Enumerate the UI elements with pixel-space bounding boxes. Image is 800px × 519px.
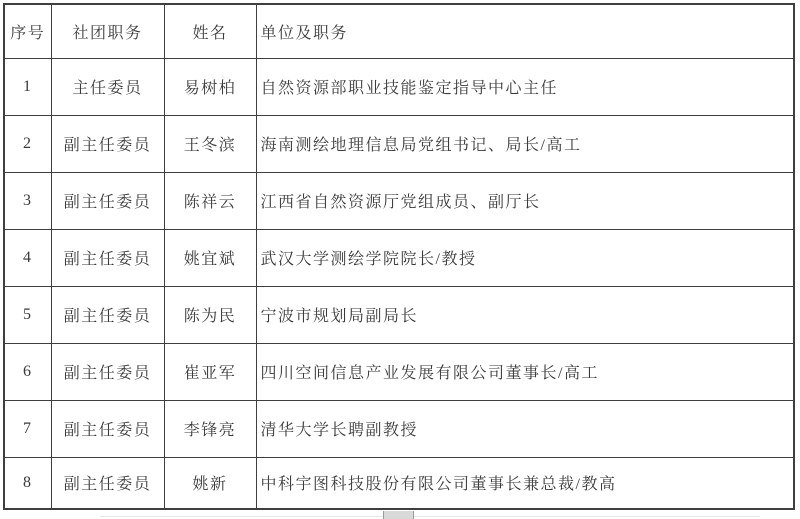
- table-row: 3 副主任委员 陈祥云 江西省自然资源厅党组成员、副厅长: [4, 172, 794, 229]
- cell-person-name: 李锋亮: [164, 400, 256, 457]
- cell-unit-title: 宁波市规划局副局长: [256, 286, 794, 343]
- cell-person-name: 易树柏: [164, 58, 256, 115]
- cell-serial-number: 1: [4, 58, 51, 115]
- table-body: 1 主任委员 易树柏 自然资源部职业技能鉴定指导中心主任 2 副主任委员 王冬滨…: [4, 58, 794, 509]
- header-cell-role: 社团职务: [51, 4, 164, 58]
- cell-unit-title: 自然资源部职业技能鉴定指导中心主任: [256, 58, 794, 115]
- cell-serial-number: 4: [4, 229, 51, 286]
- table-row: 7 副主任委员 李锋亮 清华大学长聘副教授: [4, 400, 794, 457]
- cell-unit-title: 清华大学长聘副教授: [256, 400, 794, 457]
- cell-person-name: 崔亚军: [164, 343, 256, 400]
- cell-society-role: 副主任委员: [51, 229, 164, 286]
- cell-society-role: 副主任委员: [51, 172, 164, 229]
- table-row: 2 副主任委员 王冬滨 海南测绘地理信息局党组书记、局长/高工: [4, 115, 794, 172]
- header-cell-name: 姓名: [164, 4, 256, 58]
- table-row: 6 副主任委员 崔亚军 四川空间信息产业发展有限公司董事长/高工: [4, 343, 794, 400]
- cell-unit-title: 江西省自然资源厅党组成员、副厅长: [256, 172, 794, 229]
- cell-society-role: 副主任委员: [51, 286, 164, 343]
- cell-serial-number: 2: [4, 115, 51, 172]
- header-cell-unit: 单位及职务: [256, 4, 794, 58]
- cell-society-role: 副主任委员: [51, 343, 164, 400]
- partial-row-cell-stub: [383, 511, 414, 519]
- cell-unit-title: 中科宇图科技股份有限公司董事长兼总裁/教高: [256, 457, 794, 509]
- document-page: 序号 社团职务 姓名 单位及职务 1 主任委员 易树柏 自然资源部职业技能鉴定指…: [0, 0, 800, 519]
- table-row: 5 副主任委员 陈为民 宁波市规划局副局长: [4, 286, 794, 343]
- cell-serial-number: 5: [4, 286, 51, 343]
- cell-person-name: 姚新: [164, 457, 256, 509]
- cell-serial-number: 3: [4, 172, 51, 229]
- cell-person-name: 陈祥云: [164, 172, 256, 229]
- partial-row-hairline: [100, 516, 760, 517]
- table-row: 8 副主任委员 姚新 中科宇图科技股份有限公司董事长兼总裁/教高: [4, 457, 794, 509]
- cell-serial-number: 7: [4, 400, 51, 457]
- cell-society-role: 副主任委员: [51, 115, 164, 172]
- table-header: 序号 社团职务 姓名 单位及职务: [4, 4, 794, 58]
- cell-serial-number: 8: [4, 457, 51, 509]
- cell-society-role: 副主任委员: [51, 457, 164, 509]
- header-row: 序号 社团职务 姓名 单位及职务: [4, 4, 794, 58]
- cell-person-name: 姚宜斌: [164, 229, 256, 286]
- committee-members-table: 序号 社团职务 姓名 单位及职务 1 主任委员 易树柏 自然资源部职业技能鉴定指…: [3, 3, 795, 510]
- cutoff-next-row: [0, 510, 800, 519]
- cell-serial-number: 6: [4, 343, 51, 400]
- cell-person-name: 王冬滨: [164, 115, 256, 172]
- cell-unit-title: 武汉大学测绘学院院长/教授: [256, 229, 794, 286]
- table-row: 4 副主任委员 姚宜斌 武汉大学测绘学院院长/教授: [4, 229, 794, 286]
- table-row: 1 主任委员 易树柏 自然资源部职业技能鉴定指导中心主任: [4, 58, 794, 115]
- cell-society-role: 主任委员: [51, 58, 164, 115]
- header-cell-no: 序号: [4, 4, 51, 58]
- cell-unit-title: 四川空间信息产业发展有限公司董事长/高工: [256, 343, 794, 400]
- cell-society-role: 副主任委员: [51, 400, 164, 457]
- cell-unit-title: 海南测绘地理信息局党组书记、局长/高工: [256, 115, 794, 172]
- cell-person-name: 陈为民: [164, 286, 256, 343]
